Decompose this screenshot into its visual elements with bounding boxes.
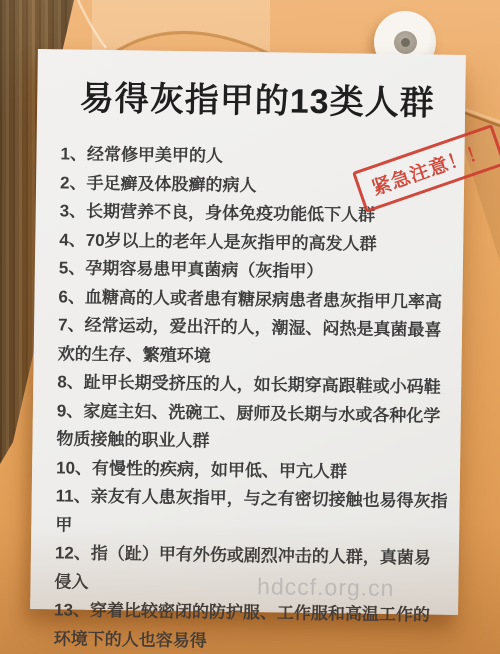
pin-ring: [394, 31, 417, 54]
poster-paper: 易得灰指甲的13类人群 1、经常修甲美甲的人 2、手足癣及体股癣的病人 3、长期…: [30, 49, 466, 615]
list-item-13: 13、穿着比较密闭的防护服、工作服和高温工作的环境下的人也容易得: [53, 596, 446, 654]
list-item-11: 11、亲友有人患灰指甲，与之有密切接触也易得灰指甲: [55, 482, 448, 544]
watermark: hdccf.org.cn: [257, 573, 395, 602]
poster-scene: 易得灰指甲的13类人群 1、经常修甲美甲的人 2、手足癣及体股癣的病人 3、长期…: [0, 0, 500, 654]
pin-center-dot: [401, 38, 410, 47]
list-item-9: 9、家庭主妇、洗碗工、厨师及长期与水或各种化学物质接触的职业人群: [56, 397, 449, 459]
poster-title: 易得灰指甲的13类人群: [61, 79, 454, 124]
list-item-7: 7、经常运动，爱出汗的人，潮湿、闷热是真菌最喜欢的生存、繁殖环境: [57, 311, 450, 373]
